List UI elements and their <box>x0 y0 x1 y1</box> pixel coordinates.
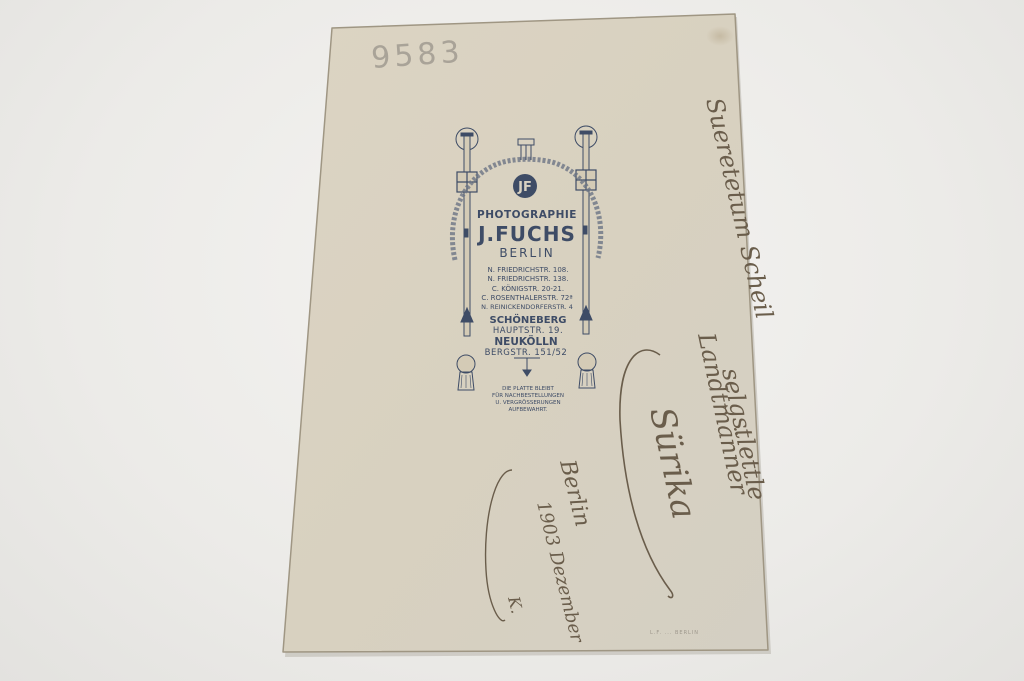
address-line: N. REINICKENDORFERSTR. 4 <box>481 303 573 311</box>
address-line: N. FRIEDRICHSTR. 108. <box>488 266 569 274</box>
logo-heading: PHOTOGRAPHIE <box>477 209 577 221</box>
address-line: C. KÖNIGSTR. 20-21. <box>492 284 564 293</box>
notice-line: U. VERGRÖSSERUNGEN <box>495 399 560 406</box>
branch-name: NEUKÖLLN <box>494 334 557 348</box>
monogram: JF <box>517 180 532 195</box>
pencil-number: 9583 <box>370 35 465 76</box>
notice-line: FÜR NACHBESTELLUNGEN <box>492 392 564 399</box>
address-line: C. ROSENTHALERSTR. 72ª <box>481 294 572 302</box>
notice-line: DIE PLATTE BLEIBT <box>502 386 554 392</box>
branch-address: HAUPTSTR. 19. <box>493 326 563 336</box>
photo-scene: 9583 <box>0 0 1024 681</box>
studio-name: J.FUCHS <box>476 222 576 246</box>
printer-mark: L.F. ... BERLIN <box>650 630 699 636</box>
branch-address: BERGSTR. 151/52 <box>485 348 568 358</box>
stain <box>706 26 734 46</box>
notice-line: AUFBEWAHRT. <box>508 407 547 413</box>
address-line: N. FRIEDRICHSTR. 138. <box>488 275 569 283</box>
branch-name: SCHÖNEBERG <box>490 312 567 326</box>
studio-city: BERLIN <box>499 246 554 260</box>
